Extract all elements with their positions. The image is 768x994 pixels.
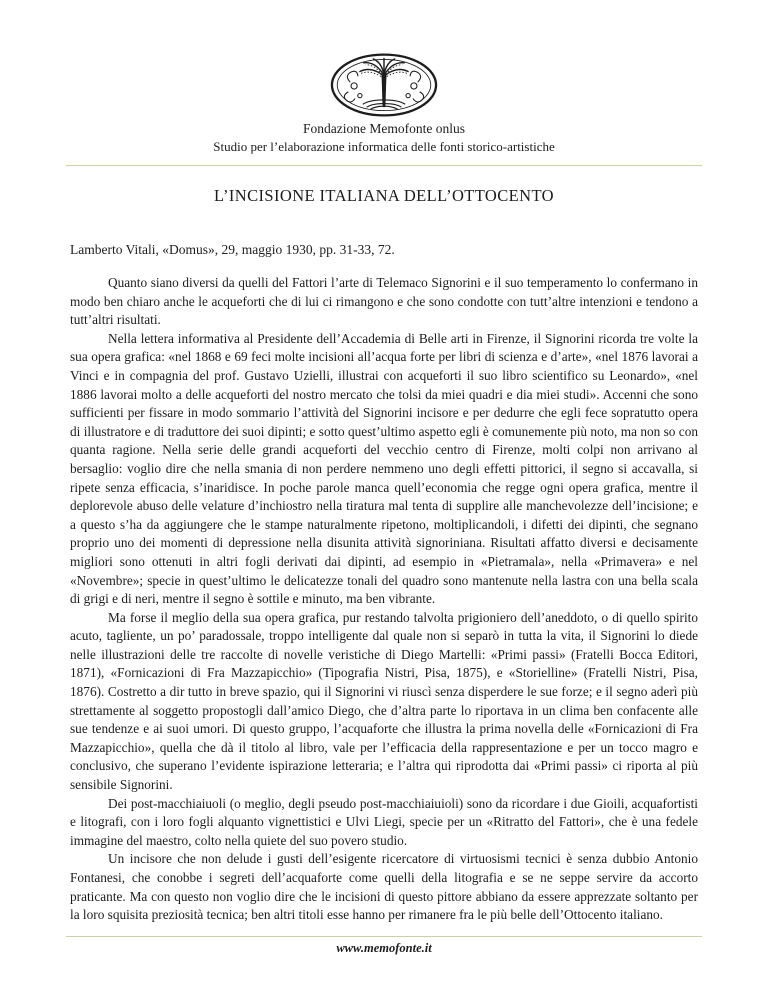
footer-divider — [66, 936, 702, 937]
body-paragraph-4: Dei post-macchiaiuoli (o meglio, degli p… — [70, 795, 698, 851]
memofonte-tree-emblem-icon — [330, 53, 438, 117]
body-paragraph-5: Un incisore che non delude i gusti dell’… — [70, 850, 698, 924]
byline: Lamberto Vitali, «Domus», 29, maggio 193… — [70, 241, 698, 259]
document-header: Fondazione Memofonte onlus Studio per l’… — [0, 0, 768, 154]
org-name: Fondazione Memofonte onlus — [0, 121, 768, 137]
body-paragraph-2: Nella lettera informativa al Presidente … — [70, 330, 698, 609]
header-divider — [66, 165, 702, 166]
paragraphs-container: Quanto siano diversi da quelli del Fatto… — [70, 274, 698, 925]
document-title: L’INCISIONE ITALIANA DELL’OTTOCENTO — [0, 186, 768, 206]
memofonte-logo — [0, 53, 768, 117]
body-paragraph-1: Quanto siano diversi da quelli del Fatto… — [70, 274, 698, 330]
document-page: Fondazione Memofonte onlus Studio per l’… — [0, 0, 768, 994]
article-body: Lamberto Vitali, «Domus», 29, maggio 193… — [0, 241, 768, 925]
body-paragraph-3: Ma forse il meglio della sua opera grafi… — [70, 609, 698, 795]
footer-url: www.memofonte.it — [0, 941, 768, 956]
org-subtitle: Studio per l’elaborazione informatica de… — [0, 139, 768, 154]
